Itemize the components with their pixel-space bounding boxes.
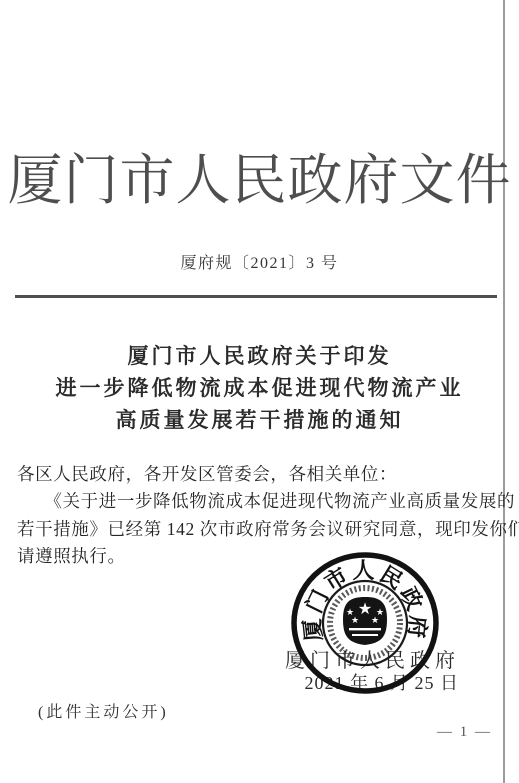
body-line-3: 若干措施》已经第 142 次市政府常务会议研究同意，现印发你们， bbox=[17, 516, 503, 543]
document-number: 厦府规〔2021〕3 号 bbox=[0, 250, 519, 273]
proactive-disclosure-note: (此件主动公开) bbox=[38, 699, 169, 722]
header-divider bbox=[15, 295, 497, 298]
small-star-icon: ★ bbox=[371, 616, 379, 626]
body-line-salutation: 各区人民政府，各开发区管委会，各相关单位： bbox=[17, 461, 503, 488]
body-line-2: 《关于进一步降低物流成本促进现代物流产业高质量发展的 bbox=[17, 488, 503, 515]
document-header-title: 厦门市人民政府文件 bbox=[0, 136, 519, 215]
document-page: 厦门市人民政府文件 厦府规〔2021〕3 号 厦门市人民政府关于印发 进一步降低… bbox=[0, 0, 519, 783]
small-star-icon: ★ bbox=[351, 616, 359, 626]
page-number: — 1 — bbox=[437, 724, 492, 741]
government-seal: ★ ★ ★ ★ ★ 厦门市人民政府 bbox=[289, 551, 441, 697]
notice-title-line-1: 厦门市人民政府关于印发 bbox=[0, 340, 519, 372]
notice-title: 厦门市人民政府关于印发 进一步降低物流成本促进现代物流产业 高质量发展若干措施的… bbox=[0, 340, 519, 436]
notice-title-line-2: 进一步降低物流成本促进现代物流产业 bbox=[0, 372, 519, 404]
notice-title-line-3: 高质量发展若干措施的通知 bbox=[0, 404, 519, 436]
